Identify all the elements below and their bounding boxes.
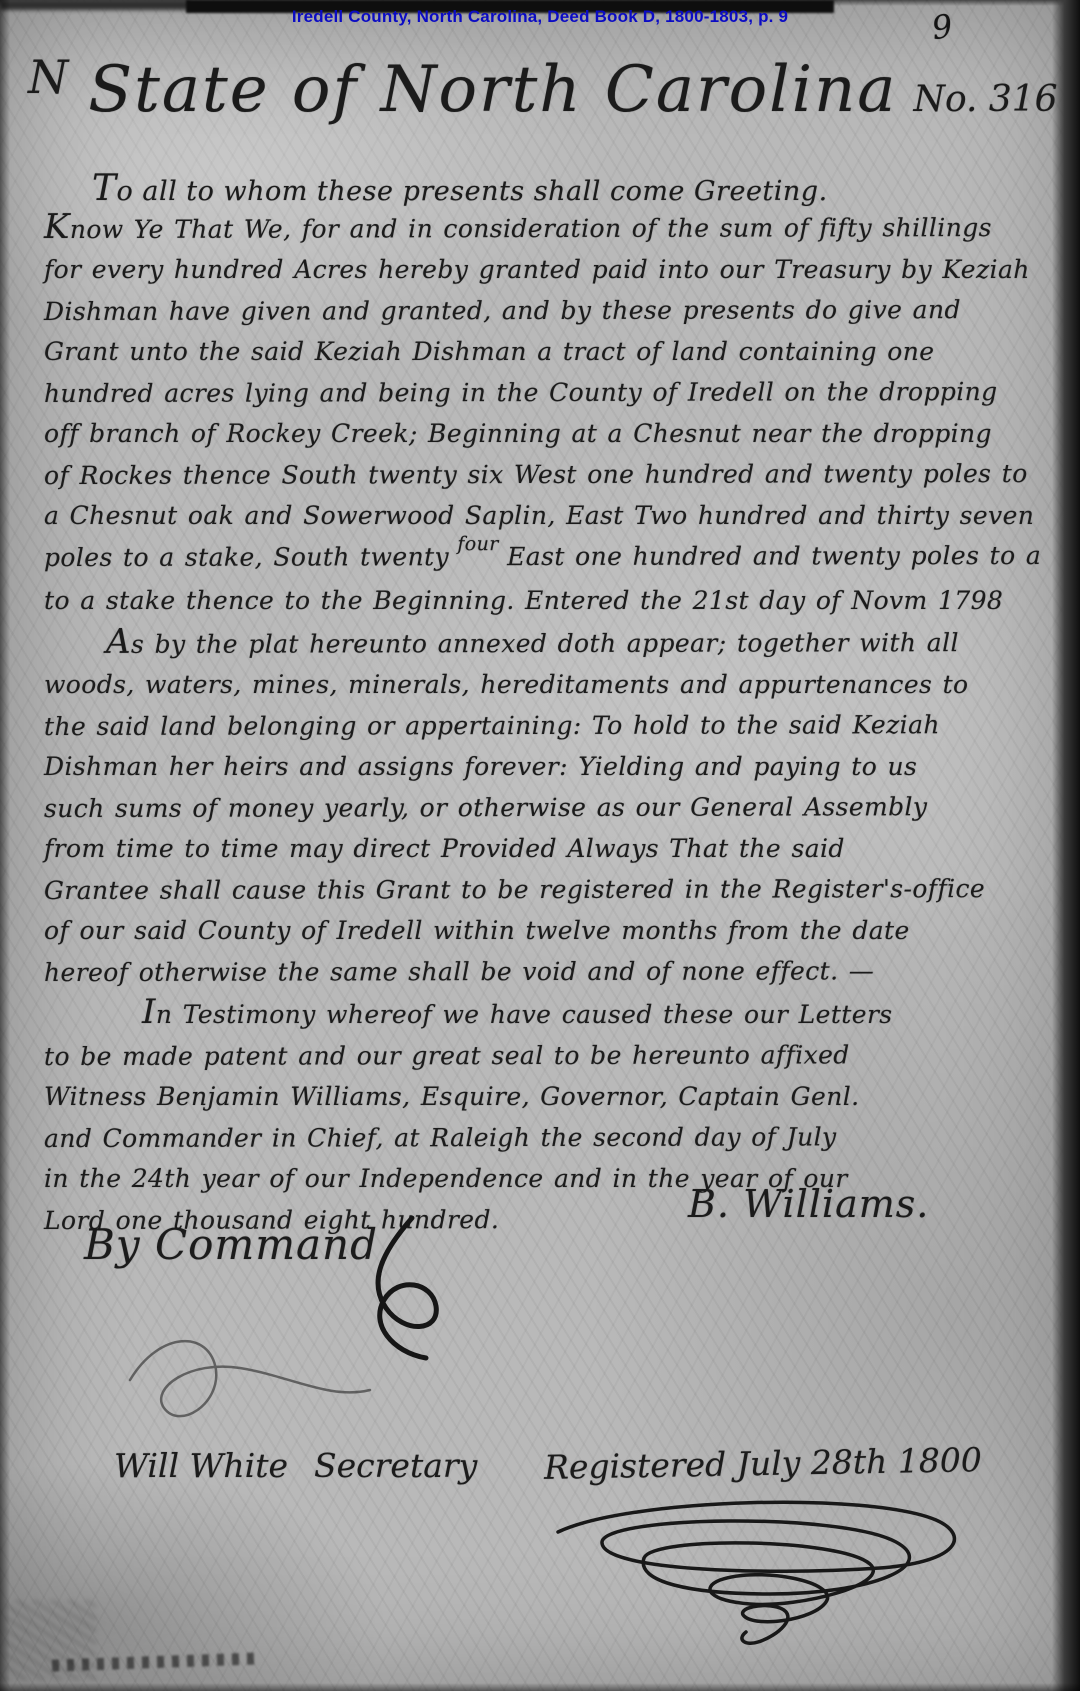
body-line: and Commander in Chief, at Raleigh the s… [44,1116,1032,1159]
body-line: hereof otherwise the same shall be void … [44,950,1032,993]
body-line: Dishman her heirs and assigns forever: Y… [44,746,1032,787]
body-line: of Rockes thence South twenty six West o… [44,453,1032,496]
scan-edge-bottom [0,1683,1080,1691]
line-segment: East one hundred and twenty poles to a [507,541,1041,571]
body-line: woods, waters, mines, minerals, heredita… [44,664,1032,705]
body-line: off branch of Rockey Creek; Beginning at… [44,413,1032,454]
body-line: a Chesnut oak and Sowerwood Saplin, East… [44,495,1032,536]
pen-flourish-icon [120,1320,380,1440]
body-line-with-insertion: poles to a stake, South twenty four East… [44,535,1032,581]
body-line: Know Ye That We, for and in consideratio… [44,205,1032,250]
grant-number: No. 316 [913,79,1057,120]
body-line: hundred acres lying and being in the Cou… [44,371,1032,414]
body-line: such sums of money yearly, or otherwise … [44,786,1032,829]
scan-edge-right [1052,0,1080,1691]
scanned-deed-page: Iredell County, North Carolina, Deed Boo… [0,0,1080,1691]
ink-smudge-corner [6,1600,96,1680]
grant-body: Know Ye That We, for and in consideratio… [44,206,1032,1240]
body-line: of our said County of Iredell within twe… [44,910,1032,951]
interlined-word: four [457,533,498,555]
body-line: Grant unto the said Keziah Dishman a tra… [44,331,1032,372]
line-segment: poles to a stake, South twenty [44,542,449,572]
secretary-name: Will White [114,1446,288,1485]
heading-state: State of North Carolina [88,53,897,127]
by-command-line: By Command [84,1220,378,1269]
registration-line: Registered July 28th 1800 [544,1440,982,1487]
governor-signature: B. Williams. [688,1182,929,1226]
body-line: from time to time may direct Provided Al… [44,828,1032,869]
secretary-title: Secretary [314,1446,477,1485]
salutation-line: To all to whom these presents shall come… [92,168,828,209]
margin-letter: N [28,50,68,104]
grant-heading: NState of North CarolinaNo. 316 [28,50,1038,127]
scan-edge-left [0,0,10,1691]
body-line: Dishman have given and granted, and by t… [44,289,1032,332]
archive-caption: Iredell County, North Carolina, Deed Boo… [0,7,1080,27]
body-line: Witness Benjamin Williams, Esquire, Gove… [44,1076,1032,1117]
body-line: Grantee shall cause this Grant to be reg… [44,868,1032,911]
body-line: In Testimony whereof we have caused thes… [44,992,1032,1035]
body-line: the said land belonging or appertaining:… [44,704,1032,747]
spiral-flourish-icon [540,1490,970,1680]
body-line: to a stake thence to the Beginning. Ente… [44,580,1032,621]
secretary-signature: Will WhiteSecretary [114,1446,477,1485]
body-line: to be made patent and our great seal to … [44,1034,1032,1077]
body-line: As by the plat hereunto annexed doth app… [44,620,1032,665]
body-line: for every hundred Acres hereby granted p… [44,249,1032,290]
